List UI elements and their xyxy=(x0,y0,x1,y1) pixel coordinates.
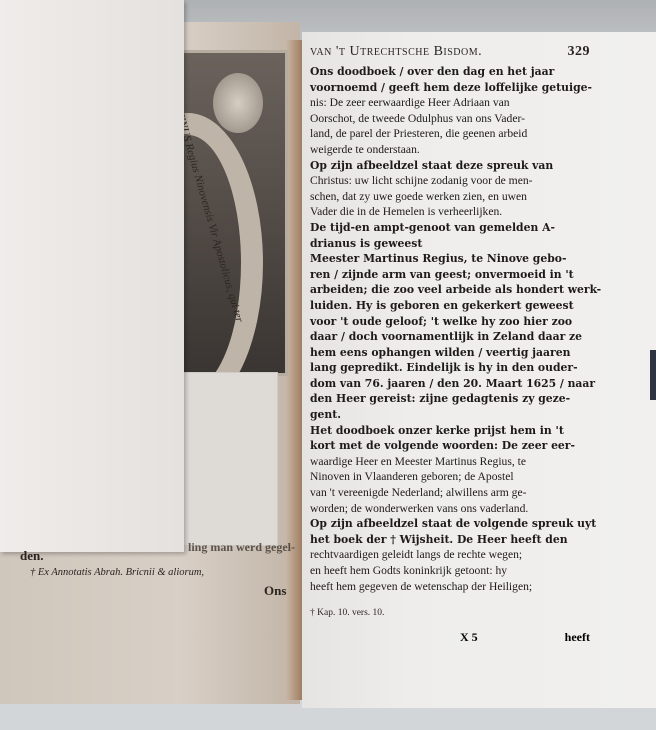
text-line: Vader die in de Hemelen is verheerlijken… xyxy=(310,204,590,220)
text-line: gent. xyxy=(310,407,590,423)
text-line: Meester Martinus Regius, te Ninove gebo- xyxy=(310,251,590,267)
text-line: worden; de wonderwerken vans ons vaderla… xyxy=(310,501,590,517)
text-line: schen, dat zy uwe goede werken zien, en … xyxy=(310,189,590,205)
text-line: Ons doodboek / over den dag en het jaar xyxy=(310,64,590,80)
book-spine-edge xyxy=(286,40,302,700)
footnote: † Kap. 10. vers. 10. xyxy=(310,608,590,618)
left-partial-line: ling man werd gegel- xyxy=(188,540,295,555)
cherub-figure xyxy=(213,73,263,133)
page-number: 329 xyxy=(568,44,591,60)
text-line: Het doodboek onzer kerke prijst hem in '… xyxy=(310,423,590,439)
bookmark-tab xyxy=(650,350,656,400)
text-line: dom van 76. jaaren / den 20. Maart 1625 … xyxy=(310,376,590,392)
text-line: het boek der † Wijsheit. De Heer heeft d… xyxy=(310,532,590,548)
text-line: nis: De zeer eerwaardige Heer Adriaan va… xyxy=(310,95,590,111)
text-line: daar / doch voornamentlijk in Zeland daa… xyxy=(310,329,590,345)
left-line-den: den. xyxy=(20,548,43,564)
left-footnote: † Ex Annotatis Abrah. Bricnii & aliorum, xyxy=(30,567,204,578)
text-line: rechtvaardigen geleidt langs de rechte w… xyxy=(310,547,590,563)
text-line: land, de parel der Priesteren, die geene… xyxy=(310,126,590,142)
body-text: Ons doodboek / over den dag en het jaarv… xyxy=(310,64,590,594)
text-line: Op zijn afbeeldzel staat deze spreuk van xyxy=(310,158,590,174)
engraved-portrait-plate xyxy=(170,50,288,376)
text-line: ren / zijnde arm van geest; onvermoeid i… xyxy=(310,267,590,283)
running-header: van 't Utrechtsche Bisdom. 329 xyxy=(310,44,590,60)
text-line: De tijd-en ampt-genoot van gemelden A- xyxy=(310,220,590,236)
paper-insert-main xyxy=(0,0,184,552)
running-head-title: van 't Utrechtsche Bisdom. xyxy=(310,44,482,60)
text-line: Op zijn afbeeldzel staat de volgende spr… xyxy=(310,516,590,532)
catchword: heeft xyxy=(565,630,590,645)
text-line: weigerde te onderstaan. xyxy=(310,142,590,158)
text-line: lang gepredikt. Eindelijk is hy in den o… xyxy=(310,360,590,376)
right-page: van 't Utrechtsche Bisdom. 329 Ons doodb… xyxy=(302,32,656,708)
text-line: waardige Heer en Meester Martinus Regius… xyxy=(310,454,590,470)
text-line: heeft hem gegeven de wetenschap der Heil… xyxy=(310,579,590,595)
text-line: en heeft hem Godts koninkrijk getoont: h… xyxy=(310,563,590,579)
text-line: drianus is geweest xyxy=(310,236,590,252)
page-foot: X 5 heeft xyxy=(310,630,590,645)
text-line: Oorschot, de tweede Odulphus van ons Vad… xyxy=(310,111,590,127)
text-line: den Heer gereist: zijne gedagtenis zy ge… xyxy=(310,391,590,407)
text-line: hem eens ophangen wilden / veertig jaare… xyxy=(310,345,590,361)
text-line: kort met de volgende woorden: De zeer ee… xyxy=(310,438,590,454)
text-line: Ninoven in Vlaanderen geboren; de Aposte… xyxy=(310,469,590,485)
left-catchword: Ons xyxy=(264,583,286,599)
text-line: van 't vereenigde Nederland; alwillens a… xyxy=(310,485,590,501)
text-line: voor 't oude geloof; 't welke hy zoo hie… xyxy=(310,314,590,330)
text-line: voornoemd / geeft hem deze loffelijke ge… xyxy=(310,80,590,96)
signature-mark: X 5 xyxy=(460,630,478,645)
text-line: Christus: uw licht schijne zodanig voor … xyxy=(310,173,590,189)
text-line: arbeiden; die zoo veel arbeide als honde… xyxy=(310,282,590,298)
text-line: luiden. Hy is geboren en gekerkert gewee… xyxy=(310,298,590,314)
